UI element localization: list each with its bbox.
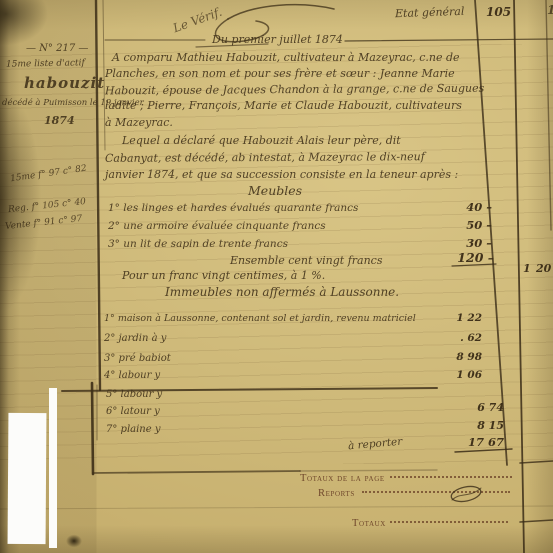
white-patch-large <box>8 413 47 544</box>
meubles-item-text: 1° les linges et hardes évalués quarante… <box>108 203 358 214</box>
reports-label: Reports <box>318 489 355 500</box>
margin-surname: habouzit <box>24 76 105 91</box>
body-line: A comparu Mathieu Habouzit, cultivateur … <box>112 52 460 63</box>
duty-centimes: 20 <box>536 263 551 274</box>
totaux-leader <box>390 521 508 523</box>
immeubles-item-text: 2° jardin à y <box>104 334 166 344</box>
margin-ref-3: Vente f° 91 c° 97 <box>5 215 83 232</box>
immeubles-heading: Immeubles non affermés à Laussonne. <box>165 286 399 298</box>
body-line: à Mazeyrac. <box>105 117 173 128</box>
meubles-item-text: 3° un lit de sapin de trente francs <box>108 239 288 250</box>
margin-year: 1874 <box>44 115 75 126</box>
duty-francs: 1 <box>523 263 531 274</box>
ensemble-line-value: 120 – <box>446 252 494 265</box>
margin-act-number: — N° 217 — <box>26 44 88 54</box>
verifier-stamp-text: Le Vérif. <box>171 6 223 35</box>
paraph-flourish-icon <box>450 484 482 504</box>
etat-general-value: 105 <box>486 6 511 18</box>
meubles-heading: Meubles <box>248 185 302 198</box>
body-line: janvier 1874, et que sa succession consi… <box>105 169 458 180</box>
immeubles-item-value: 8 98 <box>440 352 482 363</box>
immeubles-item-value: 8 15 <box>458 420 504 431</box>
etat-general-label: Etat général <box>395 6 465 19</box>
immeubles-item-text: 5° labour y <box>106 390 162 400</box>
totaux-page-leader <box>390 476 512 478</box>
carry-note: à reporter <box>348 437 403 452</box>
immeubles-total-value: 17 67 <box>458 437 504 449</box>
body-line: ladite ; Pierre, François, Marie et Clau… <box>105 100 462 111</box>
body-line: Habouzit, épouse de Jacques Chandon à la… <box>105 83 484 97</box>
duty-line-text: Pour un franc vingt centimes, à 1 %. <box>122 270 325 281</box>
totaux-page-label: Totaux de la page <box>300 474 385 485</box>
immeubles-item-value: 1 06 <box>440 370 482 381</box>
margin-ref-1: 15me f° 97 c° 82 <box>10 165 88 185</box>
date-heading: Du premier juillet 1874 <box>212 34 343 45</box>
meubles-item-text: 2° une armoire évaluée cinquante francs <box>108 221 326 232</box>
meubles-item-value: 50 – <box>448 220 492 232</box>
immeubles-item-text: 4° labour y <box>104 371 160 381</box>
ledger-page-photo: Le Vérif. Etat général 105 1 Du premier … <box>0 0 553 553</box>
meubles-item-value: 30 – <box>448 238 492 250</box>
immeubles-item-value: . 62 <box>440 333 482 344</box>
margin-series-note: 15me liste d'actif <box>6 59 85 69</box>
body-line: Lequel a déclaré que Habouzit Alais leur… <box>122 135 401 146</box>
white-patch-strip <box>49 388 57 548</box>
immeubles-item-text: 1° maison à Laussonne, contenant sol et … <box>104 314 416 324</box>
ensemble-line-text: Ensemble cent vingt francs <box>230 255 383 266</box>
immeubles-item-value: 1 22 <box>440 313 482 324</box>
immeubles-item-text: 3° pré babiot <box>104 354 171 364</box>
totaux-label: Totaux <box>352 519 386 530</box>
immeubles-item-value: 6 74 <box>458 402 504 413</box>
reports-leader <box>362 491 510 493</box>
body-line: Cabanyat, est décédé, ab intestat, à Maz… <box>105 151 425 164</box>
margin-ref-2: Reg. f° 105 c° 40 <box>8 198 87 215</box>
meubles-item-value: 40 – <box>448 202 492 214</box>
corner-number-fragment: 1 <box>547 4 553 16</box>
immeubles-item-text: 7° plaine y <box>106 425 161 435</box>
immeubles-item-text: 6° latour y <box>106 407 160 417</box>
body-line: Planches, en son nom et pour ses frère e… <box>105 68 455 79</box>
